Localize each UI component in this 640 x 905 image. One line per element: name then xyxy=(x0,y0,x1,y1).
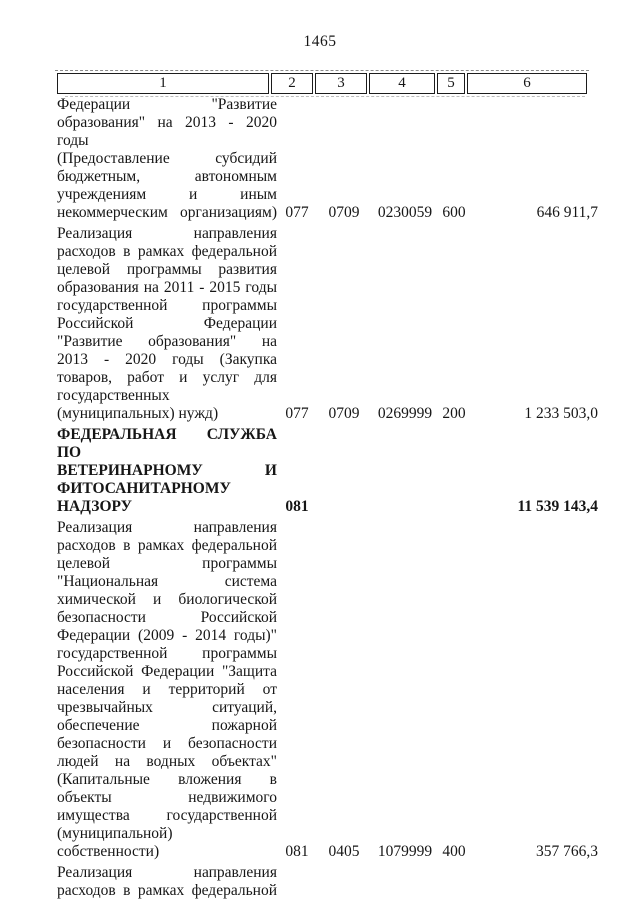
desc-line: товаров, работ и услуг для xyxy=(57,369,277,387)
desc-line: некоммерческим организациям) xyxy=(57,204,277,222)
desc-line: ВЕТЕРИНАРНОМУ И xyxy=(57,462,277,480)
row-description: ФЕДЕРАЛЬНАЯ СЛУЖБА ПОВЕТЕРИНАРНОМУ ИФИТО… xyxy=(57,426,277,516)
cell-amount: 11 539 143,4 xyxy=(469,498,598,516)
cell-col2: 081 xyxy=(277,843,317,861)
row-description: Федерации "Развитиеобразования" на 2013 … xyxy=(57,96,277,222)
desc-line: Реализация направления xyxy=(57,225,277,243)
row-description: Реализация направлениярасходов в рамках … xyxy=(57,864,277,900)
desc-line: (муниципальной) собственности) xyxy=(57,825,277,861)
desc-line: чрезвычайных ситуаций, xyxy=(57,699,277,717)
table-row: Реализация направлениярасходов в рамках … xyxy=(57,519,598,861)
page-number: 1465 xyxy=(0,33,640,51)
header-col-2: 2 xyxy=(271,73,313,94)
desc-line: целевой программы развития xyxy=(57,261,277,279)
desc-line: (Капитальные вложения в xyxy=(57,771,277,789)
desc-line: расходов в рамках федеральной xyxy=(57,537,277,555)
cell-col5: 400 xyxy=(439,843,469,861)
desc-line: образования на 2011 - 2015 годы xyxy=(57,279,277,297)
desc-line: НАДЗОРУ xyxy=(57,498,277,516)
cell-amount: 1 233 503,0 xyxy=(469,405,598,423)
table-header-row: 123456 xyxy=(57,73,587,94)
desc-line: безопасности и безопасности xyxy=(57,735,277,753)
section-row: ФЕДЕРАЛЬНАЯ СЛУЖБА ПОВЕТЕРИНАРНОМУ ИФИТО… xyxy=(57,426,598,516)
cell-col4: 0230059 xyxy=(371,204,439,222)
row-description: Реализация направлениярасходов в рамках … xyxy=(57,519,277,861)
row-description: Реализация направлениярасходов в рамках … xyxy=(57,225,277,423)
cell-col3: 0709 xyxy=(317,204,371,222)
cell-col2: 077 xyxy=(277,204,317,222)
desc-line: безопасности Российской xyxy=(57,609,277,627)
desc-line: государственной программы xyxy=(57,645,277,663)
cell-amount: 646 911,7 xyxy=(469,204,598,222)
scanned-page: 1465 123456 Федерации "Развитиеобразован… xyxy=(0,0,640,905)
cell-col4: 0269999 xyxy=(371,405,439,423)
desc-line: образования" на 2013 - 2020 годы xyxy=(57,114,277,150)
desc-line: государственных xyxy=(57,387,277,405)
desc-line: целевой программы xyxy=(57,555,277,573)
header-col-4: 4 xyxy=(369,73,435,94)
desc-line: Российской Федерации xyxy=(57,315,277,333)
cell-col3: 0709 xyxy=(317,405,371,423)
desc-line: людей на водных объектах" xyxy=(57,753,277,771)
cell-col5: 200 xyxy=(439,405,469,423)
desc-line: объекты недвижимого xyxy=(57,789,277,807)
cell-col4: 1079999 xyxy=(371,843,439,861)
desc-line: имущества государственной xyxy=(57,807,277,825)
desc-line: ФИТОСАНИТАРНОМУ xyxy=(57,480,277,498)
cell-col3: 0405 xyxy=(317,843,371,861)
desc-line: населения и территорий от xyxy=(57,681,277,699)
budget-table: 123456 Федерации "Развитиеобразования" н… xyxy=(57,73,598,903)
desc-line: расходов в рамках федеральной xyxy=(57,243,277,261)
desc-line: (муниципальных) нужд) xyxy=(57,405,277,423)
desc-line: Реализация направления xyxy=(57,864,277,882)
header-col-1: 1 xyxy=(57,73,269,94)
desc-line: государственной программы xyxy=(57,297,277,315)
desc-line: химической и биологической xyxy=(57,591,277,609)
table-row: Реализация направлениярасходов в рамках … xyxy=(57,225,598,423)
desc-line: обеспечение пожарной xyxy=(57,717,277,735)
header-col-3: 3 xyxy=(315,73,367,94)
desc-line: ФЕДЕРАЛЬНАЯ СЛУЖБА ПО xyxy=(57,426,277,462)
table-row: Федерации "Развитиеобразования" на 2013 … xyxy=(57,96,598,222)
desc-line: Российской Федерации "Защита xyxy=(57,663,277,681)
desc-line: Федерации (2009 - 2014 годы)" xyxy=(57,627,277,645)
cell-col2: 077 xyxy=(277,405,317,423)
header-col-6: 6 xyxy=(467,73,587,94)
cell-col2: 081 xyxy=(277,498,317,516)
desc-line: "Развитие образования" на xyxy=(57,333,277,351)
desc-line: учреждениям и иным xyxy=(57,186,277,204)
header-col-5: 5 xyxy=(437,73,465,94)
table-row: Реализация направлениярасходов в рамках … xyxy=(57,864,598,900)
desc-line: Реализация направления xyxy=(57,519,277,537)
desc-line: расходов в рамках федеральной xyxy=(57,882,277,900)
desc-line: 2013 - 2020 годы (Закупка xyxy=(57,351,277,369)
cell-amount: 357 766,3 xyxy=(469,843,598,861)
table-body: Федерации "Развитиеобразования" на 2013 … xyxy=(57,96,598,900)
desc-line: (Предоставление субсидий xyxy=(57,150,277,168)
desc-line: Федерации "Развитие xyxy=(57,96,277,114)
cell-col5: 600 xyxy=(439,204,469,222)
desc-line: бюджетным, автономным xyxy=(57,168,277,186)
desc-line: "Национальная система xyxy=(57,573,277,591)
